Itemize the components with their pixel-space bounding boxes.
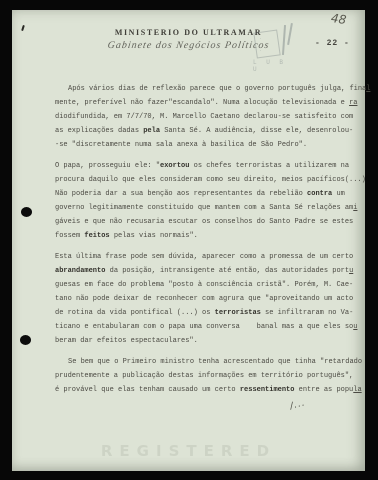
text-segment: Esta última frase pode sem dúvida, apare… <box>55 253 353 261</box>
text-segment: tano não pode deixar de reconhecer com a… <box>55 295 353 303</box>
ministry-header: MINISTERIO DO ULTRAMAR <box>12 28 365 37</box>
text-segment: os chefes terroristas a utilizarem na <box>189 162 349 170</box>
text-segment: mente, preferível não fazer"escandalo". … <box>55 99 349 107</box>
text-segment: procura daquilo que eles consideram como… <box>55 176 366 184</box>
text-segment: Santa Sé. A audiência, disse ele, desenr… <box>160 127 353 135</box>
emphasized-text: terroristas <box>215 309 261 317</box>
text-segment: diodifundida, em 7/7/70, M. Marcello Cae… <box>55 113 353 121</box>
paragraph: Após vários dias de reflexão parece que … <box>55 82 360 152</box>
text-line: beram dar efeitos espectaculares". <box>55 334 360 348</box>
text-line: guesas em face do problema "posto à cons… <box>55 278 360 292</box>
office-subheader: Gabinete dos Negócios Políticos <box>11 40 366 51</box>
text-segment: Se bem que o Primeiro ministro tenha acr… <box>68 358 362 366</box>
text-segment: beram dar efeitos espectaculares". <box>55 337 198 345</box>
text-segment: -se "discretamente numa sala anexa à bas… <box>55 141 307 149</box>
stamp-dots: . . . <box>259 35 273 53</box>
page-number: - 22 - <box>315 39 350 48</box>
text-line: -se "discretamente numa sala anexa à bas… <box>55 138 360 152</box>
continuation-mark: /... <box>289 398 307 411</box>
paper-sheet: MINISTERIO DO ULTRAMAR Gabinete dos Negó… <box>12 10 365 471</box>
text-segment: se infiltraram no Va- <box>261 309 353 317</box>
paragraph: O papa, prosseguiu ele: "exortou os chef… <box>55 159 360 243</box>
emphasized-text: pela <box>143 127 160 135</box>
ink-stamp: . . . L U B U <box>253 23 297 73</box>
text-segment: um <box>332 190 345 198</box>
text-segment: guesas em face do problema "posto à cons… <box>55 281 353 289</box>
text-segment: O papa, prosseguiu ele: " <box>55 162 160 170</box>
text-line: Não poderia dar a sua benção aos represe… <box>55 187 360 201</box>
text-segment: da posição, intransigente até então, das… <box>105 267 349 275</box>
text-line: as explicações dadas pela Santa Sé. A au… <box>55 124 360 138</box>
scanned-page-background: { "colors": { "background": "#070707", "… <box>0 0 378 480</box>
text-segment: entre as popu <box>294 386 353 394</box>
text-line: mente, preferível não fazer"escandalo". … <box>55 96 360 110</box>
text-line: prudentemente a publicação destas inform… <box>55 369 360 383</box>
text-line: diodifundida, em 7/7/70, M. Marcello Cae… <box>55 110 360 124</box>
emphasized-text: contra <box>307 190 332 198</box>
text-line: procura daquilo que eles consideram como… <box>55 173 360 187</box>
hole-punch <box>20 335 31 345</box>
text-segment: governo legitimamente constituído que ma… <box>55 204 353 212</box>
text-line: ticano e entabularam com o papa uma conv… <box>55 320 360 334</box>
text-segment: de rotina da vida pontifical (...) os <box>55 309 215 317</box>
text-line: gáveis e que não recusaria escutar os co… <box>55 215 360 229</box>
text-line: de rotina da vida pontifical (...) os te… <box>55 306 360 320</box>
emphasized-text: feitos <box>84 232 109 240</box>
emphasized-text: ressentimento <box>240 386 295 394</box>
text-segment: Após vários dias de reflexão parece que … <box>68 85 366 93</box>
ghost-stamp: REGISTERED <box>12 442 365 460</box>
hole-punch <box>21 207 32 217</box>
paragraph: Esta última frase pode sem dúvida, apare… <box>55 250 360 348</box>
stamp-stroke <box>282 25 286 55</box>
paragraph: Se bem que o Primeiro ministro tenha acr… <box>55 355 360 397</box>
text-segment: fossem <box>55 232 84 240</box>
handwritten-folio: 48 <box>330 11 347 27</box>
text-line: abrandamento da posição, intransigente a… <box>55 264 360 278</box>
text-segment: Não poderia dar a sua benção aos represe… <box>55 190 307 198</box>
text-line: governo legitimamente constituído que ma… <box>55 201 360 215</box>
text-line: Após vários dias de reflexão parece que … <box>55 82 360 96</box>
document-body: Após vários dias de reflexão parece que … <box>55 82 360 404</box>
emphasized-text: abrandamento <box>55 267 105 275</box>
text-line: O papa, prosseguiu ele: "exortou os chef… <box>55 159 360 173</box>
text-segment: as explicações dadas <box>55 127 143 135</box>
emphasized-text: exortou <box>160 162 189 170</box>
stamp-letters: L U B U <box>253 59 297 73</box>
text-segment: pelas vias normais". <box>110 232 198 240</box>
text-line: fossem feitos pelas vias normais". <box>55 229 360 243</box>
stamp-stroke <box>287 23 293 45</box>
text-segment: é provável que elas tenham causado um ce… <box>55 386 240 394</box>
text-segment: gáveis e que não recusaria escutar os co… <box>55 218 353 226</box>
text-line: Se bem que o Primeiro ministro tenha acr… <box>55 355 360 369</box>
text-line: Esta última frase pode sem dúvida, apare… <box>55 250 360 264</box>
text-segment: ra <box>349 99 357 107</box>
text-segment: u <box>349 267 353 275</box>
text-segment: la <box>353 386 361 394</box>
text-line: tano não pode deixar de reconhecer com a… <box>55 292 360 306</box>
text-segment: ticano e entabularam com o papa uma conv… <box>55 323 353 331</box>
text-line: é provável que elas tenham causado um ce… <box>55 383 360 397</box>
text-segment: prudentemente a publicação destas inform… <box>55 372 353 380</box>
text-segment: i <box>353 204 357 212</box>
text-segment: u <box>353 323 357 331</box>
text-segment: l <box>366 85 370 93</box>
